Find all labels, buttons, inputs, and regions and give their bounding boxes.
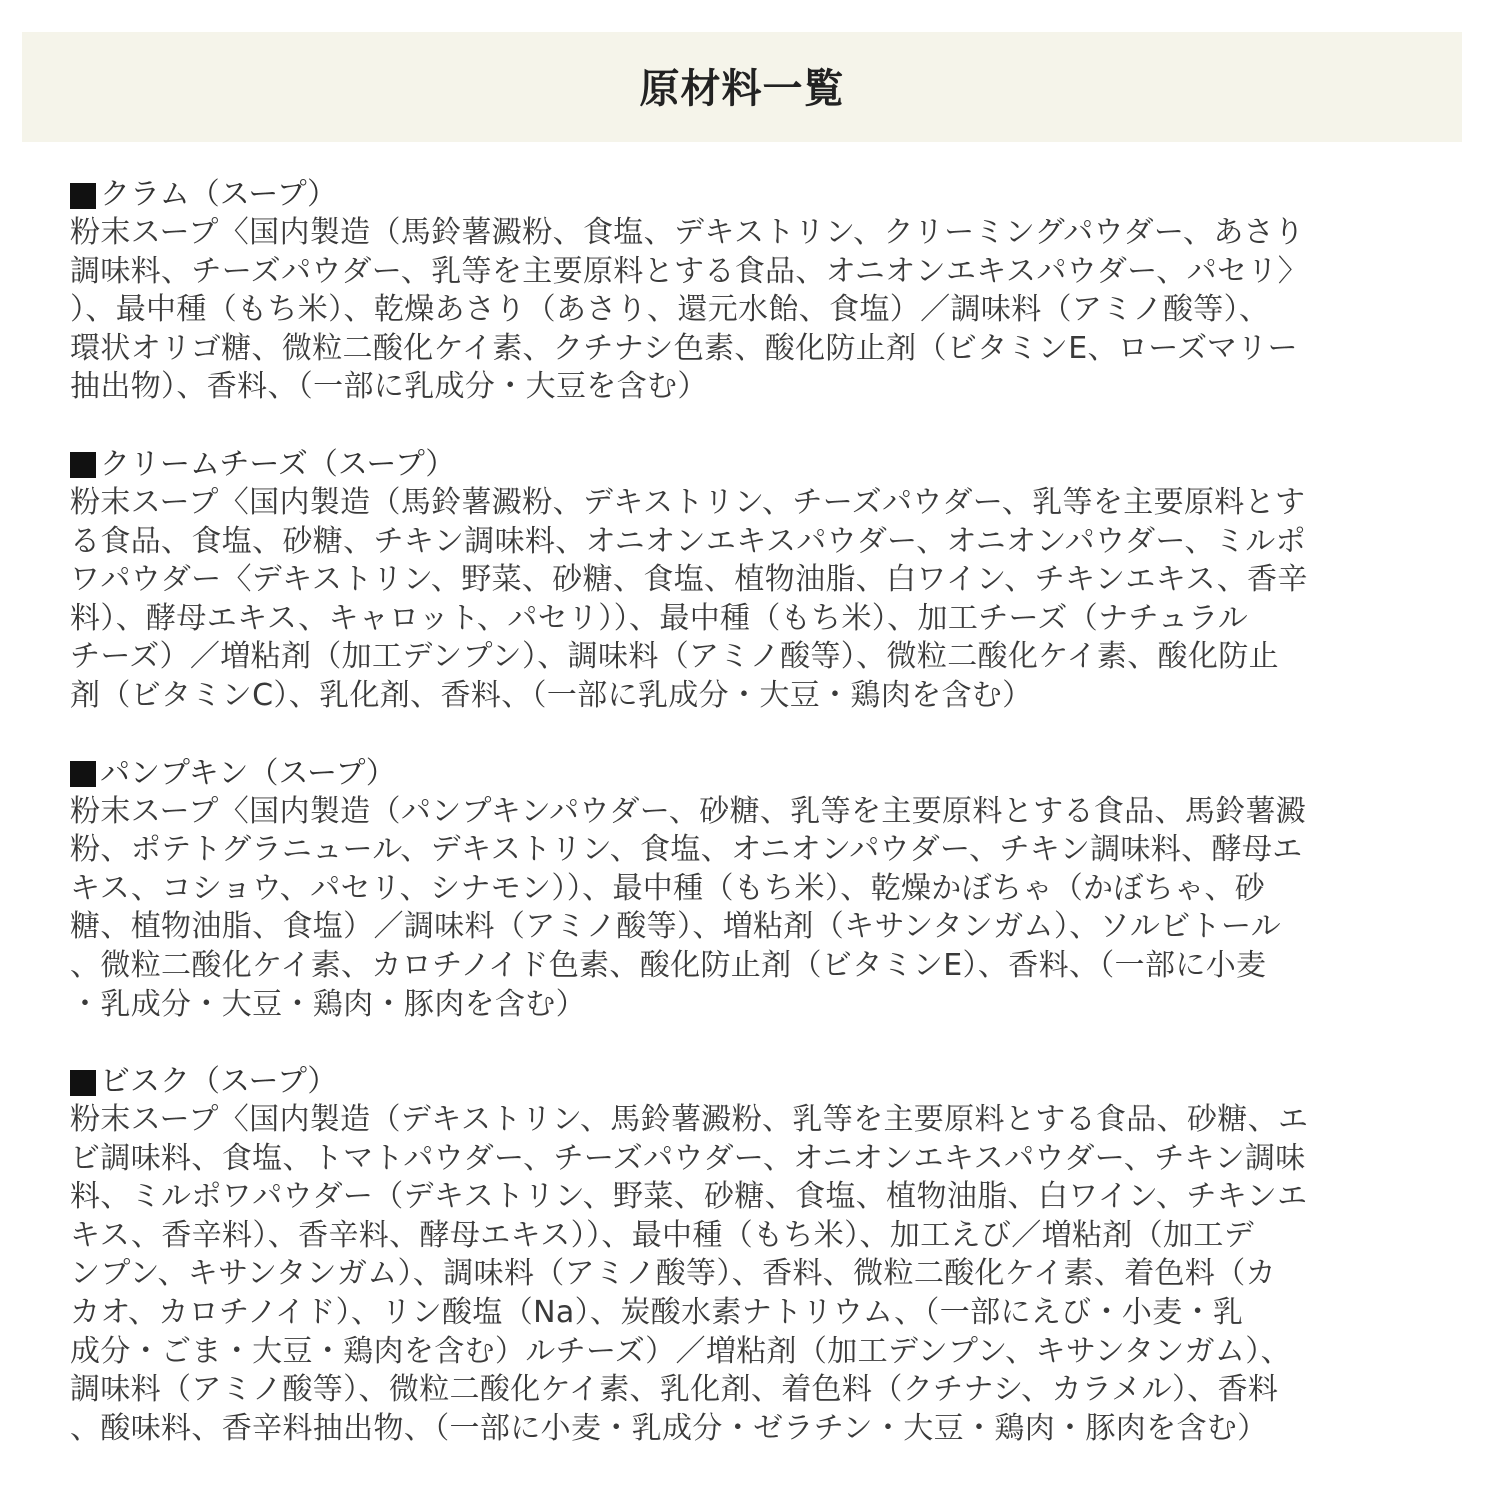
ingredient-line: 調味料、チーズパウダー、乳等を主要原料とする食品、オニオンエキスパウダー、パセリ… <box>70 253 1415 292</box>
section-heading-text: ビスク（スープ） <box>100 1062 337 1101</box>
ingredient-line: 成分・ごま・大豆・鶏肉を含む）ルチーズ）／増粘剤（加工デンプン、キサンタンガム）… <box>70 1333 1415 1372</box>
section-heading-text: クリームチーズ（スープ） <box>100 445 455 484</box>
ingredient-line: キス、香辛料）、香辛料、酵母エキス））、最中種（もち米）、加工えび／増粘剤（加工… <box>70 1217 1415 1256</box>
section-cream-cheese: クリームチーズ（スープ） 粉末スープ〈国内製造（馬鈴薯澱粉、デキストリン、チーズ… <box>70 445 1415 716</box>
ingredients-content: クラム（スープ） 粉末スープ〈国内製造（馬鈴薯澱粉、食塩、デキストリン、クリーミ… <box>70 175 1415 1486</box>
ingredient-line: る食品、食塩、砂糖、チキン調味料、オニオンエキスパウダー、オニオンパウダー、ミル… <box>70 523 1415 562</box>
section-heading-text: クラム（スープ） <box>100 175 337 214</box>
ingredient-line: 、酸味料、香辛料抽出物、（一部に小麦・乳成分・ゼラチン・大豆・鶏肉・豚肉を含む） <box>70 1410 1415 1449</box>
ingredient-line: チーズ）／増粘剤（加工デンプン）、調味料（アミノ酸等）、微粒二酸化ケイ素、酸化防… <box>70 638 1415 677</box>
ingredient-line: 剤（ビタミンC）、乳化剤、香料、（一部に乳成分・大豆・鶏肉を含む） <box>70 677 1415 716</box>
black-square-bullet-icon <box>70 452 96 478</box>
ingredient-line: ンプン、キサンタンガム）、調味料（アミノ酸等）、香料、微粒二酸化ケイ素、着色料（… <box>70 1255 1415 1294</box>
page-title: 原材料一覧 <box>640 57 845 114</box>
ingredient-line: 、微粒二酸化ケイ素、カロチノイド色素、酸化防止剤（ビタミンE）、香料、（一部に小… <box>70 947 1415 986</box>
ingredient-line: 料）、酵母エキス、キャロット、パセリ））、最中種（もち米）、加工チーズ（ナチュラ… <box>70 600 1415 639</box>
section-heading: クラム（スープ） <box>70 175 1415 214</box>
section-heading-text: パンプキン（スープ） <box>100 754 396 793</box>
black-square-bullet-icon <box>70 761 96 787</box>
black-square-bullet-icon <box>70 183 96 209</box>
ingredient-line: 粉末スープ〈国内製造（馬鈴薯澱粉、デキストリン、チーズパウダー、乳等を主要原料と… <box>70 484 1415 523</box>
ingredient-line: 調味料（アミノ酸等）、微粒二酸化ケイ素、乳化剤、着色料（クチナシ、カラメル）、香… <box>70 1371 1415 1410</box>
ingredient-line: 料、ミルポワパウダー（デキストリン、野菜、砂糖、食塩、植物油脂、白ワイン、チキン… <box>70 1178 1415 1217</box>
ingredient-line: ・乳成分・大豆・鶏肉・豚肉を含む） <box>70 986 1415 1025</box>
ingredient-line: ビ調味料、食塩、トマトパウダー、チーズパウダー、オニオンエキスパウダー、チキン調… <box>70 1140 1415 1179</box>
header-band: 原材料一覧 <box>22 32 1462 142</box>
ingredient-line: 粉末スープ〈国内製造（パンプキンパウダー、砂糖、乳等を主要原料とする食品、馬鈴薯… <box>70 793 1415 832</box>
section-bisque: ビスク（スープ） 粉末スープ〈国内製造（デキストリン、馬鈴薯澱粉、乳等を主要原料… <box>70 1062 1415 1448</box>
section-heading: パンプキン（スープ） <box>70 754 1415 793</box>
ingredient-line: 粉、ポテトグラニュール、デキストリン、食塩、オニオンパウダー、チキン調味料、酵母… <box>70 831 1415 870</box>
ingredient-line: ）、最中種（もち米）、乾燥あさり（あさり、還元水飴、食塩）／調味料（アミノ酸等）… <box>70 291 1415 330</box>
ingredient-line: カオ、カロチノイド）、リン酸塩（Na）、炭酸水素ナトリウム、（一部にえび・小麦・… <box>70 1294 1415 1333</box>
ingredient-line: ワパウダー〈デキストリン、野菜、砂糖、食塩、植物油脂、白ワイン、チキンエキス、香… <box>70 561 1415 600</box>
section-heading: ビスク（スープ） <box>70 1062 1415 1101</box>
ingredient-line: 粉末スープ〈国内製造（馬鈴薯澱粉、食塩、デキストリン、クリーミングパウダー、あさ… <box>70 214 1415 253</box>
ingredient-line: キス、コショウ、パセリ、シナモン））、最中種（もち米）、乾燥かぼちゃ（かぼちゃ、… <box>70 870 1415 909</box>
black-square-bullet-icon <box>70 1070 96 1096</box>
ingredient-line: 粉末スープ〈国内製造（デキストリン、馬鈴薯澱粉、乳等を主要原料とする食品、砂糖、… <box>70 1101 1415 1140</box>
ingredient-line: 糖、植物油脂、食塩）／調味料（アミノ酸等）、増粘剤（キサンタンガム）、ソルビトー… <box>70 908 1415 947</box>
section-clam: クラム（スープ） 粉末スープ〈国内製造（馬鈴薯澱粉、食塩、デキストリン、クリーミ… <box>70 175 1415 407</box>
ingredient-line: 環状オリゴ糖、微粒二酸化ケイ素、クチナシ色素、酸化防止剤（ビタミンE、ローズマリ… <box>70 330 1415 369</box>
section-heading: クリームチーズ（スープ） <box>70 445 1415 484</box>
ingredient-line: 抽出物）、香料、（一部に乳成分・大豆を含む） <box>70 368 1415 407</box>
section-pumpkin: パンプキン（スープ） 粉末スープ〈国内製造（パンプキンパウダー、砂糖、乳等を主要… <box>70 754 1415 1025</box>
